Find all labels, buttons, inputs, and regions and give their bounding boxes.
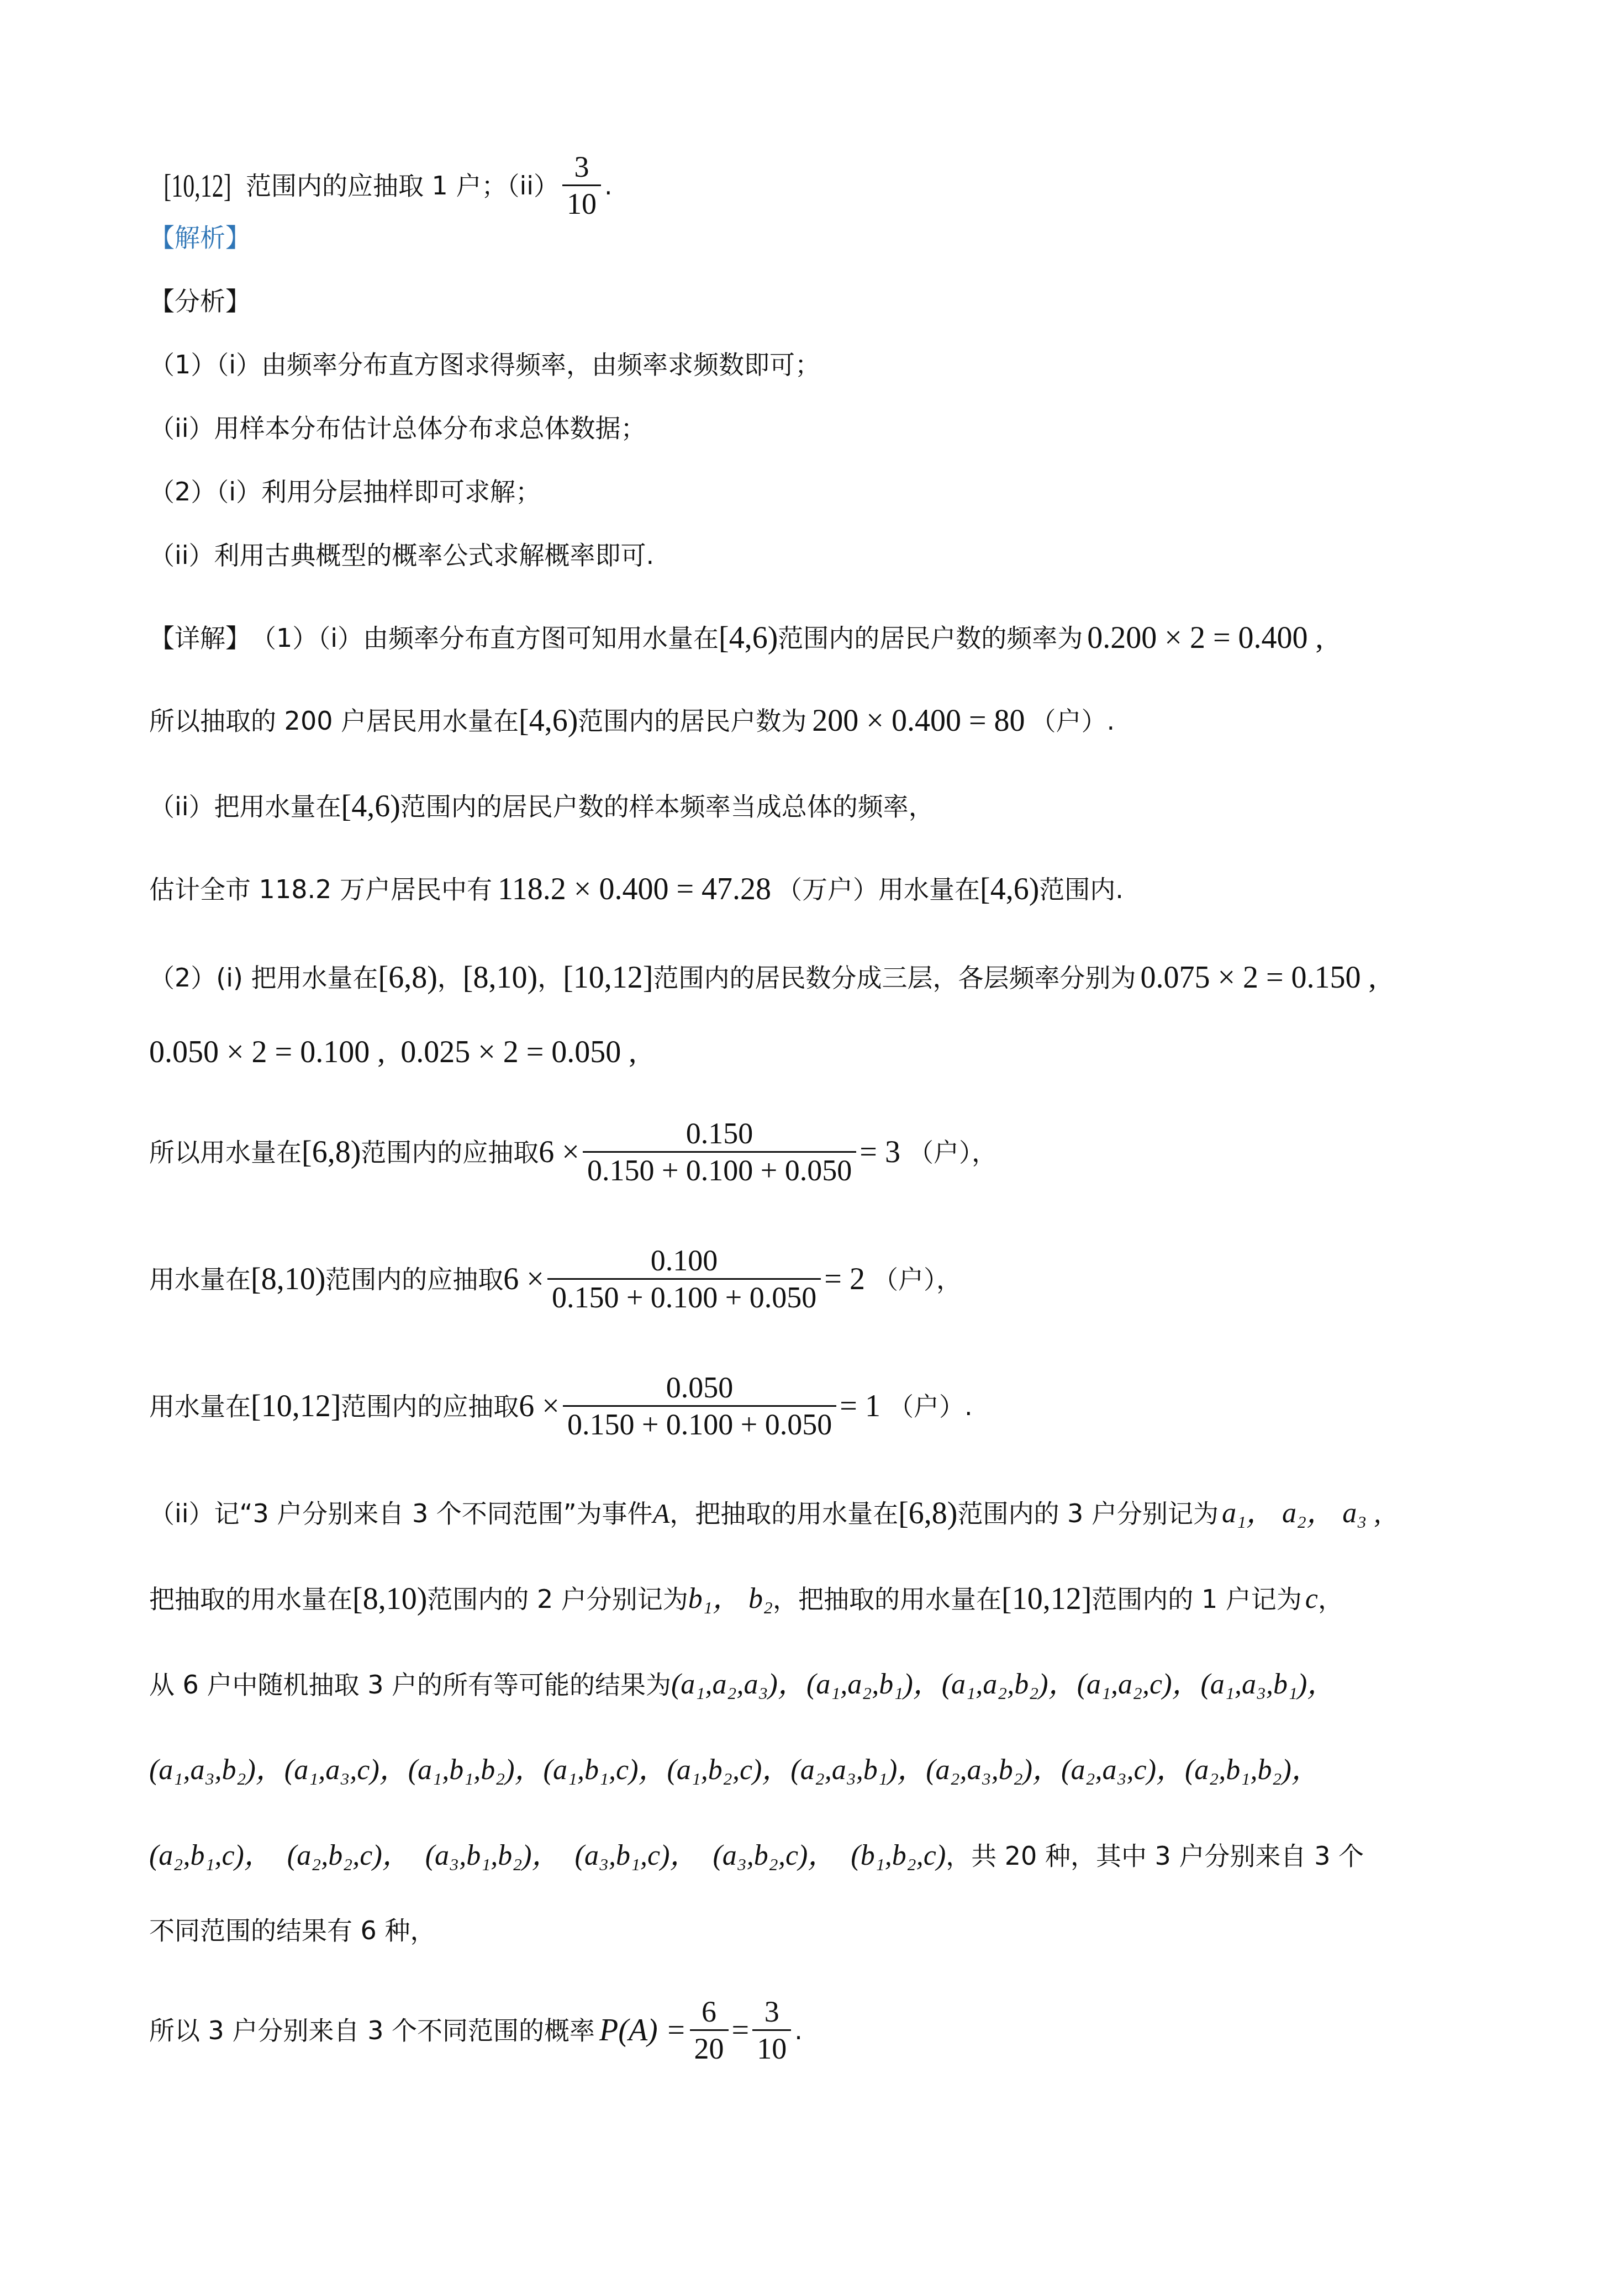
analysis-line-1: （1）（i）由频率分布直方图求得频率，由频率求频数即可； (149, 348, 820, 381)
interval: [4,6) (719, 621, 778, 655)
stratum-fraction: 0.100 0.150 + 0.100 + 0.050 (547, 1243, 821, 1315)
variables: a₁， a₂， a₃ , (1222, 1497, 1381, 1530)
analysis-line-2: （ii）用样本分布估计总体分布求总体数据； (149, 411, 646, 445)
interval: [10,12] (251, 1370, 341, 1442)
equation: 0.075 × 2 = 0.150 , (1140, 961, 1376, 994)
interval: [8,10) (463, 961, 537, 994)
interval: [6,8) (898, 1497, 957, 1530)
interval: [10,12] (1001, 1582, 1092, 1616)
probability-expr: P(A) = (599, 1994, 687, 2066)
xiangjie-heading: 【详解】 (149, 621, 251, 655)
detail-p3: （ii）把用水量在 [4,6) 范围内的居民户数的样本频率当成总体的频率， (149, 790, 934, 823)
detail-p1: 【详解】 （1）（i）由频率分布直方图可知用水量在 [4,6) 范围内的居民户数… (149, 621, 1324, 655)
detail-p11: (a₂,b₁,c)， (a₂,b₂,c)， (a₃,b₁,b₂)， (a₃,b₁… (149, 1839, 1364, 1872)
equation: 118.2 × 0.400 = 47.28 (498, 873, 771, 906)
answer-tail-text: 范围内的应抽取 1 户；（ii） (246, 169, 559, 202)
detail-p6: 0.050 × 2 = 0.100 , 0.025 × 2 = 0.050 , (149, 1036, 636, 1069)
detail-p12: 不同范围的结果有 6 种， (149, 1914, 436, 1947)
analysis-line-3: （2）（i）利用分层抽样即可求解； (149, 475, 541, 508)
variables: b₁， b₂ (688, 1582, 773, 1616)
analysis-line-4: （ii）利用古典概型的概率公式求解概率即可. (149, 539, 654, 572)
simplified-fraction: 3 10 (752, 1994, 791, 2066)
detail-p5: （2）(i) 把用水量在 [6,8) ， [8,10) ， [10,12] 范围… (149, 961, 1377, 994)
interval: [8,10) (251, 1243, 325, 1315)
interval: [6,8) (302, 1116, 361, 1188)
answer-fraction: 3 10 (562, 149, 601, 221)
outcome-list: (a₂,b₁,c)， (a₂,b₂,c)， (a₃,b₁,b₂)， (a₃,b₁… (149, 1839, 946, 1872)
fenxi-heading: 【分析】 (149, 284, 251, 318)
equation: 0.200 × 2 = 0.400 , (1087, 621, 1323, 655)
outcome-list: (a₁,a₂,a₃)，(a₁,a₂,b₁)，(a₁,a₂,b₂)，(a₁,a₂,… (671, 1668, 1336, 1701)
detail-p10: (a₁,a₃,b₂)，(a₁,a₃,c)，(a₁,b₁,b₂)，(a₁,b₁,c… (149, 1754, 1320, 1787)
stratum-fraction: 0.050 0.150 + 0.100 + 0.050 (563, 1370, 836, 1442)
stratum-row-2: 用水量在 [8,10) 范围内的应抽取 6 × 0.100 0.150 + 0.… (149, 1243, 962, 1315)
equation: 200 × 0.400 = 80 (812, 704, 1025, 737)
interval: [4,6) (980, 873, 1039, 906)
answer-tail-line: [10,12] 范围内的应抽取 1 户；（ii） 3 10 . (149, 149, 613, 221)
interval: [10,12] (563, 961, 653, 994)
interval: [4,6) (341, 790, 400, 823)
detail-p2: 所以抽取的 200 户居民用水量在 [4,6) 范围内的居民户数为 200 × … (149, 704, 1115, 737)
interval: [4,6) (519, 704, 578, 737)
interval: [8,10) (352, 1582, 427, 1616)
interval: [6,8) (378, 961, 437, 994)
jiexi-heading: 【解析】 (149, 221, 251, 254)
detail-p8: 把抽取的用水量在 [8,10) 范围内的 2 户分别记为 b₁， b₂ ，把抽取… (149, 1582, 1343, 1616)
event-symbol: A (653, 1497, 670, 1530)
detail-p7: （ii）记“3 户分别来自 3 个不同范围”为事件 A ，把抽取的用水量在 [6… (149, 1497, 1381, 1530)
detail-p13: 所以 3 户分别来自 3 个不同范围的概率 P(A) = 6 20 = 3 10… (149, 1994, 803, 2066)
stratum-fraction: 0.150 0.150 + 0.100 + 0.050 (583, 1116, 856, 1188)
detail-p4: 估计全市 118.2 万户居民中有 118.2 × 0.400 = 47.28 … (149, 873, 1124, 906)
outcome-list: (a₁,a₃,b₂)，(a₁,a₃,c)，(a₁,b₁,b₂)，(a₁,b₁,c… (149, 1754, 1320, 1787)
stratum-row-1: 所以用水量在 [6,8) 范围内的应抽取 6 × 0.150 0.150 + 0… (149, 1116, 997, 1188)
variable-c: c (1305, 1582, 1318, 1616)
probability-fraction: 6 20 (690, 1994, 729, 2066)
interval: [10,12] (164, 169, 231, 202)
detail-p9: 从 6 户中随机抽取 3 户的所有等可能的结果为 (a₁,a₂,a₃)，(a₁,… (149, 1668, 1336, 1701)
stratum-row-3: 用水量在 [10,12] 范围内的应抽取 6 × 0.050 0.150 + 0… (149, 1370, 973, 1442)
equation: 0.050 × 2 = 0.100 , 0.025 × 2 = 0.050 , (149, 1036, 636, 1069)
